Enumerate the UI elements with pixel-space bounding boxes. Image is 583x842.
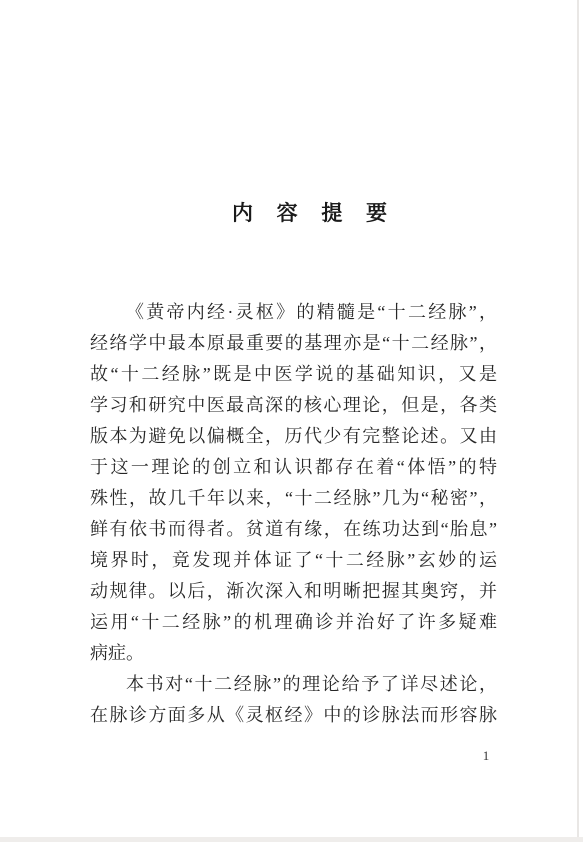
text-line: 《黄帝内经·灵枢》的精髓是“十二经脉”， xyxy=(90,297,497,328)
text-line: 病症。 xyxy=(90,638,497,669)
text-line: 本书对“十二经脉”的理论给予了详尽述论， xyxy=(90,669,497,700)
text-line: 动规律。以后，渐次深入和明晰把握其奥窍，并 xyxy=(90,576,497,607)
text-line: 学习和研究中医最高深的核心理论，但是，各类 xyxy=(90,390,497,421)
scan-edge-right xyxy=(577,0,579,842)
page-title: 内 容 提 要 xyxy=(20,200,583,228)
book-page: 内 容 提 要 《黄帝内经·灵枢》的精髓是“十二经脉”， 经络学中最本原最重要的… xyxy=(0,0,583,842)
text-line: 境界时，竟发现并体证了“十二经脉”玄妙的运 xyxy=(90,545,497,576)
text-line: 版本为避免以偏概全，历代少有完整论述。又由 xyxy=(90,421,497,452)
text-line: 于这一理论的创立和认识都存在着“体悟”的特 xyxy=(90,452,497,483)
body-text: 《黄帝内经·灵枢》的精髓是“十二经脉”， 经络学中最本原最重要的基理亦是“十二经… xyxy=(90,297,497,731)
text-line: 在脉诊方面多从《灵枢经》中的诊脉法而形容脉 xyxy=(90,700,497,731)
text-line: 经络学中最本原最重要的基理亦是“十二经脉”， xyxy=(90,328,497,359)
scan-edge-bottom xyxy=(0,837,583,842)
text-line: 殊性，故几千年以来，“十二经脉”几为“秘密”， xyxy=(90,483,497,514)
text-line: 鲜有依书而得者。贫道有缘，在练功达到“胎息” xyxy=(90,514,497,545)
text-line: 故“十二经脉”既是中医学说的基础知识，又是 xyxy=(90,359,497,390)
text-line: 运用“十二经脉”的机理确诊并治好了许多疑难 xyxy=(90,607,497,638)
page-number: 1 xyxy=(474,747,498,765)
